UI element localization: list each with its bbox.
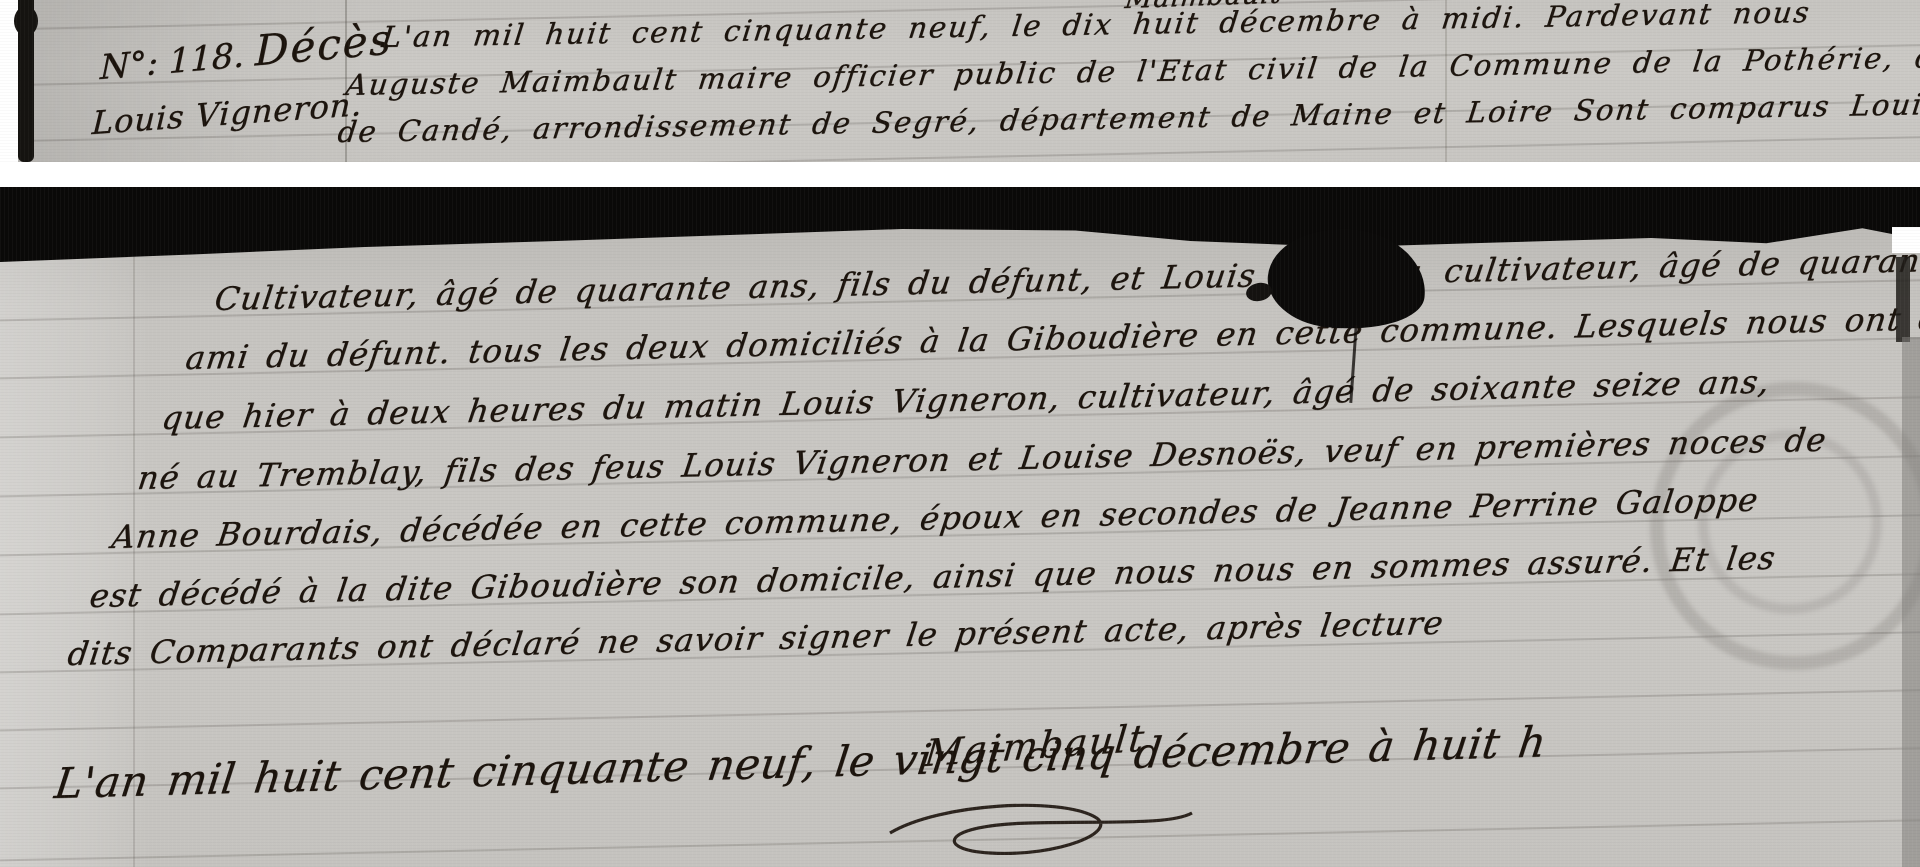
signature-paraph-flourish [880, 795, 1200, 865]
ruled-line [0, 688, 1920, 732]
scan-edge-notch [1892, 227, 1920, 253]
ruled-line [0, 135, 1920, 162]
binding-shadow-knob [14, 6, 38, 36]
scan-edge-gray-band [1902, 337, 1920, 867]
handwritten-line: que hier à deux heures du matin Louis Vi… [159, 362, 1772, 437]
scan-strip-top: Maimbault N°: 118. Décès Louis Vigneron.… [0, 0, 1920, 162]
scan-strip-bottom: Cultivateur, âgé de quarante ans, fils d… [0, 187, 1920, 867]
scan-edge-dark-streak [1896, 257, 1910, 342]
handwritten-line: dits Comparants ont déclaré ne savoir si… [65, 604, 1446, 673]
handwritten-line-next-act-partial: L'an mil huit cent cinquante neuf, le vi… [52, 717, 1549, 808]
